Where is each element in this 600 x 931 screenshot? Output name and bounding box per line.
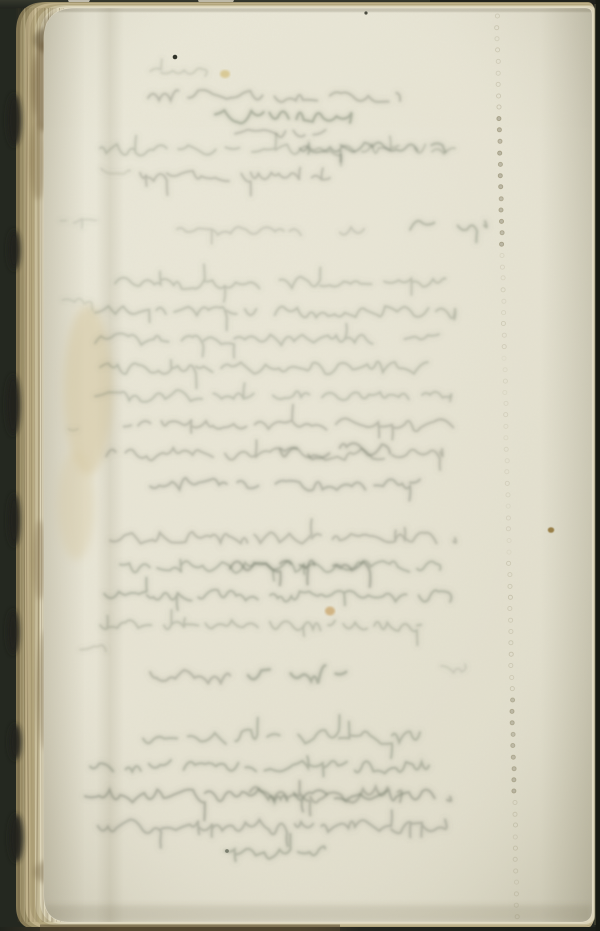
paper-grain: [44, 8, 592, 922]
backdrop-intrusion: [9, 814, 23, 862]
perforation-dot: [499, 197, 503, 201]
perforation-dot: [497, 117, 501, 121]
perforation-dot: [497, 128, 501, 132]
paper-stain: [325, 607, 335, 616]
paper-speck: [364, 11, 367, 14]
notebook-scan-photo: [0, 0, 600, 931]
page-surface-details: [44, 8, 592, 922]
perforation-dot: [499, 208, 503, 212]
perforation-dot: [499, 185, 503, 189]
perforation-dot: [512, 767, 516, 771]
bottom-cover-edge: [40, 925, 340, 931]
perforation-dot: [511, 743, 515, 747]
perforation-dot: [511, 755, 515, 759]
perforation-dot: [510, 709, 514, 713]
perforation-dot: [511, 732, 515, 736]
notebook-scan: [0, 0, 600, 931]
backdrop-intrusion: [7, 94, 21, 146]
paper-stain: [58, 450, 94, 560]
perforation-dot: [512, 778, 516, 782]
perforation-dot: [498, 151, 502, 155]
paper-stain: [220, 70, 230, 78]
paper-speck: [225, 849, 229, 853]
paper-speck: [173, 55, 178, 60]
backdrop-intrusion: [8, 494, 20, 546]
perforation-dot: [511, 698, 515, 702]
page-edge-striation: [18, 8, 19, 922]
backdrop-intrusion: [7, 610, 19, 654]
perforation-dot: [500, 242, 504, 246]
backdrop-right-strip: [596, 0, 600, 931]
backdrop-intrusion: [6, 375, 20, 435]
perforation-dot: [498, 174, 502, 178]
perforation-dot: [499, 219, 503, 223]
perforation-dot: [500, 231, 504, 235]
backdrop-intrusion: [8, 230, 20, 270]
perforation-dot: [510, 721, 514, 725]
paper-stain: [548, 527, 554, 533]
paper-stain: [64, 305, 112, 475]
perforation-dot: [512, 789, 516, 793]
perforation-dot: [498, 162, 502, 166]
perforation-dot: [498, 139, 502, 143]
backdrop-intrusion: [9, 724, 21, 760]
